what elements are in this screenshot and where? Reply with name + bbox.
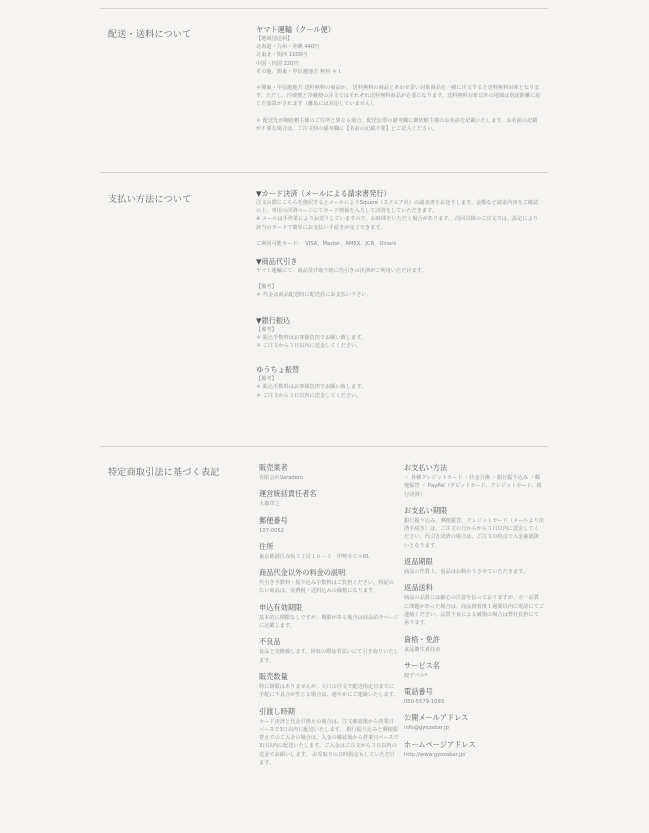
legal-label: 不良品 — [259, 636, 399, 647]
bank-remark: ＊ ご注文から３日以内に送金してください。 — [256, 342, 542, 350]
legal-item: お支払い方法 ・ 各種クレジットカード ・代金引換 ・銀行振り込み ・郵便振替 … — [404, 462, 544, 499]
legal-value: 商品の品質には細心の注意を払っておりますが、万一品質に問題があった場合は、商品到… — [404, 594, 544, 627]
legal-item: 電話番号 050-5579-1093 — [404, 686, 544, 706]
legal-label: 公開メールアドレス — [404, 712, 544, 723]
shipping-section: ヤマト運輸（クール便） 【地域別送料】 北海道・九州・沖縄 440円 北東北・関… — [256, 25, 542, 133]
legal-value: 大森洋之 — [259, 500, 399, 508]
yucho-heading: ゆうちょ振替 — [256, 365, 542, 375]
shipping-note: ＊関東・甲信越地方 送料無料の商品か、 送料無料の商品とあわせ買い対象商品を一緒… — [256, 84, 542, 109]
legal-item: 資格・免許 食品衛生責任者 — [404, 634, 544, 654]
legal-value: 有限会社Varadero — [259, 474, 399, 482]
legal-item: 販売業者 有限会社Varadero — [259, 462, 399, 482]
legal-value: 特に制限はありませんが、大口の注文で配送指定日までに手配に不具合が生じる場合は、… — [259, 683, 399, 700]
legal-item: 運営統括責任者名 大森洋之 — [259, 488, 399, 508]
legal-value: 基本的に期限なしですが、期限がある場合は商品紹介ページに記載します。 — [259, 614, 399, 631]
legal-item: 不良品 良品と交換致します。回収の際は着払いにて引き取りいたします。 — [259, 636, 399, 665]
legal-value: 代引き手数料・振り込み手数料はご負担ください。特記のない商品は、消費税・送料込み… — [259, 579, 399, 596]
legal-value: カード決済と代金引換えの場合は、注文確認後から営業日ベースで3日以内に配送いたし… — [259, 718, 399, 768]
page: 配送・送料について ヤマト運輸（クール便） 【地域別送料】 北海道・九州・沖縄 … — [0, 0, 649, 833]
payment-section: ▼カード決済（メールによる請求書発行） 注文の際にこちらを選択するとメールにより… — [256, 189, 542, 400]
rate-row: その他、関東・甲信越地方 無料 ＊１ — [256, 68, 542, 76]
email-link[interactable]: info@gyozabar.jp — [404, 724, 544, 732]
section-divider — [100, 172, 548, 173]
cod-remarks-label: 【備考】 — [256, 283, 542, 291]
legal-label: 商品代金以外の料金の説明 — [259, 567, 399, 578]
cod-text: ヤマト運輸にて、商品受け取り時に代引きの決済がご利用いただけます。 — [256, 267, 542, 275]
rate-row: 北海道・九州・沖縄 440円 — [256, 43, 542, 51]
legal-label: サービス名 — [404, 660, 544, 671]
card-text: 注文の際にこちらを選択するとメールによりSquare（スクエア社）の請求書をお送… — [256, 199, 542, 215]
legal-label: 販売数量 — [259, 671, 399, 682]
legal-item: 公開メールアドレス info@gyozabar.jp — [404, 712, 544, 732]
cod-remark: ＊ 代金は商品配送時に配送員にお支払い下さい。 — [256, 291, 542, 299]
shipping-section-title: 配送・送料について — [108, 27, 192, 40]
legal-label: 電話番号 — [404, 686, 544, 697]
shipping-note: ＊ 配送先が御依頼主様のご住所と異なる場合、配送伝票の備考欄に御依頼主様のお名前… — [256, 117, 542, 133]
legal-label: 郵便番号 — [259, 515, 399, 526]
legal-item: 返品送料 商品の品質には細心の注意を払っておりますが、万一品質に問題があった場合… — [404, 582, 544, 627]
legal-right-column: お支払い方法 ・ 各種クレジットカード ・代金引換 ・銀行振り込み ・郵便振替 … — [404, 462, 544, 765]
payment-section-title: 支払い方法について — [108, 192, 192, 205]
legal-item: サービス名 餃子バル* — [404, 660, 544, 680]
rate-row: 中国・四国 220円 — [256, 60, 542, 68]
legal-left-column: 販売業者 有限会社Varadero 運営統括責任者名 大森洋之 郵便番号 107… — [259, 462, 399, 773]
legal-label: 販売業者 — [259, 462, 399, 473]
legal-label: お支払い期限 — [404, 505, 544, 516]
rate-row: 北東北・関西 1100円 — [256, 51, 542, 59]
cod-heading: ▼商品代引き — [256, 257, 542, 267]
legal-value: 107-0052 — [259, 527, 399, 535]
yucho-remark: ＊ ご注文から３日以内に送金してください。 — [256, 392, 542, 400]
legal-item: 商品代金以外の料金の説明 代引き手数料・振り込み手数料はご負担ください。特記のな… — [259, 567, 399, 596]
legal-value: 050-5579-1093 — [404, 698, 544, 706]
legal-value: 食品衛生責任者 — [404, 646, 544, 654]
section-divider — [100, 446, 548, 447]
legal-item: 郵便番号 107-0052 — [259, 515, 399, 535]
legal-label: ホームページアドレス — [404, 739, 544, 750]
legal-label: 住所 — [259, 541, 399, 552]
legal-item: お支払い期限 銀行振り込み、郵便振替、クレジットカード（メールより決済手続き）は… — [404, 505, 544, 550]
legal-section-title: 特定商取引法に基づく表記 — [108, 465, 220, 478]
legal-value: 銀行振り込み、郵便振替、クレジットカード（メールより決済手続き）は、ご注文の日か… — [404, 517, 544, 550]
legal-item: 住所 東京都港区赤坂３丁目１６－３ 伊勢幸ビル81 — [259, 541, 399, 561]
card-text: ※ メールは手作業によりお送りしていますので、お時間をいただく場合があります。 … — [256, 215, 542, 231]
legal-label: 引渡し時期 — [259, 706, 399, 717]
legal-item: 返品期限 商品の性質上、返品はお断わりさせていただきます。 — [404, 556, 544, 576]
legal-value: 餃子バル* — [404, 672, 544, 680]
legal-label: 運営統括責任者名 — [259, 488, 399, 499]
legal-label: 返品送料 — [404, 582, 544, 593]
legal-value: ・ 各種クレジットカード ・代金引換 ・銀行振り込み ・郵便振替 ・ PayPa… — [404, 474, 544, 499]
legal-label: お支払い方法 — [404, 462, 544, 473]
bank-remark: ＊ 振込手数料はお客様負担でお願い致します。 — [256, 334, 542, 342]
homepage-link[interactable]: http://www.gyozabar.jp/ — [404, 751, 544, 759]
yucho-remark: ＊ 振込手数料はお客様負担でお願い致します。 — [256, 383, 542, 391]
legal-label: 返品期限 — [404, 556, 544, 567]
yucho-remarks-label: 【備考】 — [256, 375, 542, 383]
legal-item: ホームページアドレス http://www.gyozabar.jp/ — [404, 739, 544, 759]
legal-item: 申込有効期限 基本的に期限なしですが、期限がある場合は商品紹介ページに記載します… — [259, 602, 399, 631]
legal-value: 良品と交換致します。回収の際は着払いにて引き取りいたします。 — [259, 648, 399, 665]
legal-item: 販売数量 特に制限はありませんが、大口の注文で配送指定日までに手配に不具合が生じ… — [259, 671, 399, 700]
bank-heading: ▼銀行振込 — [256, 316, 542, 326]
carrier-heading: ヤマト運輸（クール便） — [256, 25, 542, 35]
legal-label: 資格・免許 — [404, 634, 544, 645]
legal-value: 商品の性質上、返品はお断わりさせていただきます。 — [404, 568, 544, 576]
card-heading: ▼カード決済（メールによる請求書発行） — [256, 189, 542, 199]
bank-remarks-label: 【備考】 — [256, 326, 542, 334]
region-label: 【地域別送料】 — [256, 35, 542, 43]
legal-item: 引渡し時期 カード決済と代金引換えの場合は、注文確認後から営業日ベースで3日以内… — [259, 706, 399, 768]
legal-label: 申込有効期限 — [259, 602, 399, 613]
legal-value: 東京都港区赤坂３丁目１６－３ 伊勢幸ビル81 — [259, 553, 399, 561]
card-brands: ご利用可能カード： VISA、Master、AMEX、JCB、Diners — [256, 240, 542, 248]
top-divider — [100, 8, 548, 9]
